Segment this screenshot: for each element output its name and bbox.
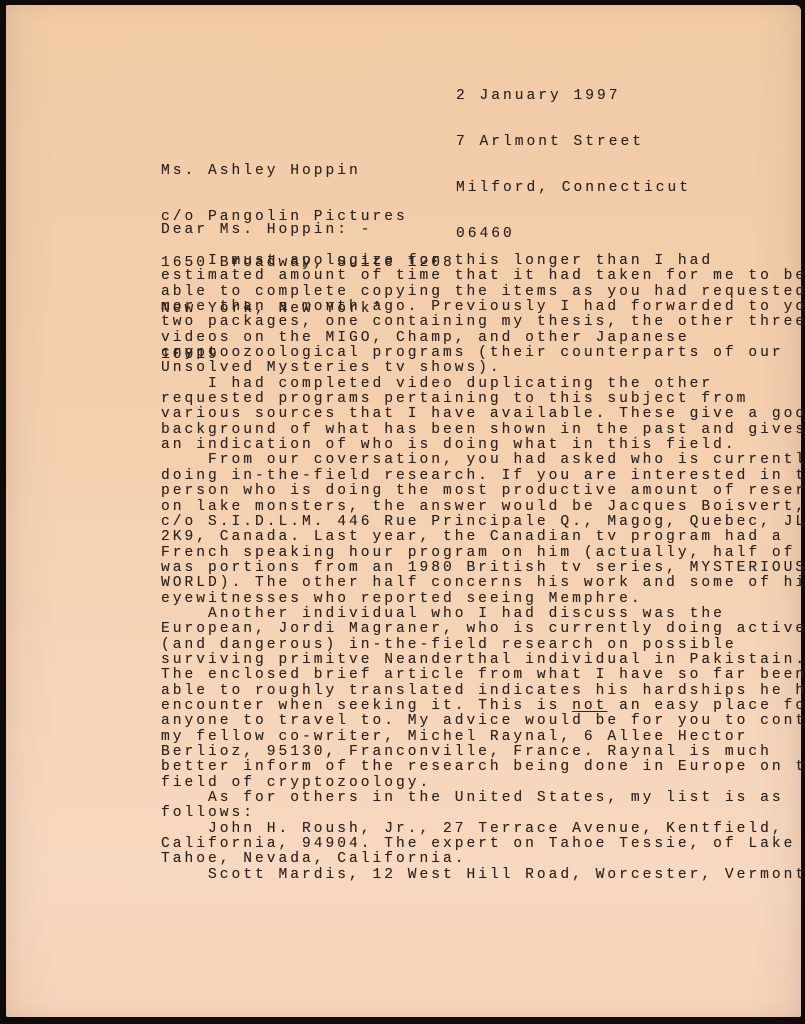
body-line: was portions from an 1980 British tv ser… — [161, 561, 805, 576]
sender-address-block: 2 January 1997 7 Arlmont Street Milford,… — [456, 58, 691, 273]
body-line: on lake monsters, the answer would be Ja… — [161, 500, 805, 515]
body-line: doing in-the-field research. If you are … — [161, 469, 805, 484]
letter-body: I must apologize for this longer than I … — [161, 254, 805, 883]
body-line: two packages, one containing my thesis, … — [161, 315, 805, 330]
letter-page: 2 January 1997 7 Arlmont Street Milford,… — [6, 5, 801, 1017]
body-line: European, Jordi Magraner, who is current… — [161, 622, 805, 637]
body-line: field of cryptozoology. — [161, 776, 805, 791]
body-line: able to roughly translated indicates his… — [161, 684, 805, 699]
letter-date: 2 January 1997 — [456, 89, 691, 104]
body-line: (and dangerous) in-the-field research on… — [161, 638, 805, 653]
body-line: I had completed video duplicating the ot… — [161, 377, 805, 392]
body-line: follows: — [161, 806, 805, 821]
body-line: anyone to travel to. My advice would be … — [161, 714, 805, 729]
body-line: encounter when seeking it. This is not a… — [161, 699, 805, 714]
body-line: my fellow co-writer, Michel Raynal, 6 Al… — [161, 730, 805, 745]
body-line: person who is doing the most productive … — [161, 484, 805, 499]
body-line: various sources that I have available. T… — [161, 407, 805, 422]
body-line: As for others in the United States, my l… — [161, 791, 805, 806]
underlined-emphasis: not — [572, 698, 607, 714]
body-line: Tahoe, Nevada, California. — [161, 852, 805, 867]
body-line: c/o S.I.D.L.M. 446 Rue Principale Q., Ma… — [161, 515, 805, 530]
body-line: John H. Roush, Jr., 27 Terrace Avenue, K… — [161, 822, 805, 837]
body-line: Scott Mardis, 12 West Hill Road, Worcest… — [161, 868, 805, 883]
body-line: French speaking hour program on him (act… — [161, 546, 805, 561]
recipient-name: Ms. Ashley Hoppin — [161, 164, 455, 179]
body-line: estimated amount of time that it had tak… — [161, 269, 805, 284]
body-line: Another individual who I had discuss was… — [161, 607, 805, 622]
body-line: background of what has been shown in the… — [161, 423, 805, 438]
body-line: eyewitnesses who reported seeing Memphre… — [161, 592, 805, 607]
body-line: WORLD). The other half concerns his work… — [161, 576, 805, 591]
body-line: Unsolved Mysteries tv shows). — [161, 361, 805, 376]
body-line: surviving primitve Neanderthal individua… — [161, 653, 805, 668]
sender-zip: 06460 — [456, 227, 691, 242]
body-line: 2K9, Canada. Last year, the Canadian tv … — [161, 530, 805, 545]
body-line: From our coversation, you had asked who … — [161, 453, 805, 468]
body-line: better inform of the research being done… — [161, 760, 805, 775]
body-line: able to complete copying the items as yo… — [161, 285, 805, 300]
sender-street: 7 Arlmont Street — [456, 135, 691, 150]
body-line: videos on the MIGO, Champ, and other Jap… — [161, 331, 805, 346]
salutation: Dear Ms. Hoppin: - — [161, 223, 372, 238]
sender-city-state: Milford, Connecticut — [456, 181, 691, 196]
body-line: The enclosed brief article from what I h… — [161, 668, 805, 683]
